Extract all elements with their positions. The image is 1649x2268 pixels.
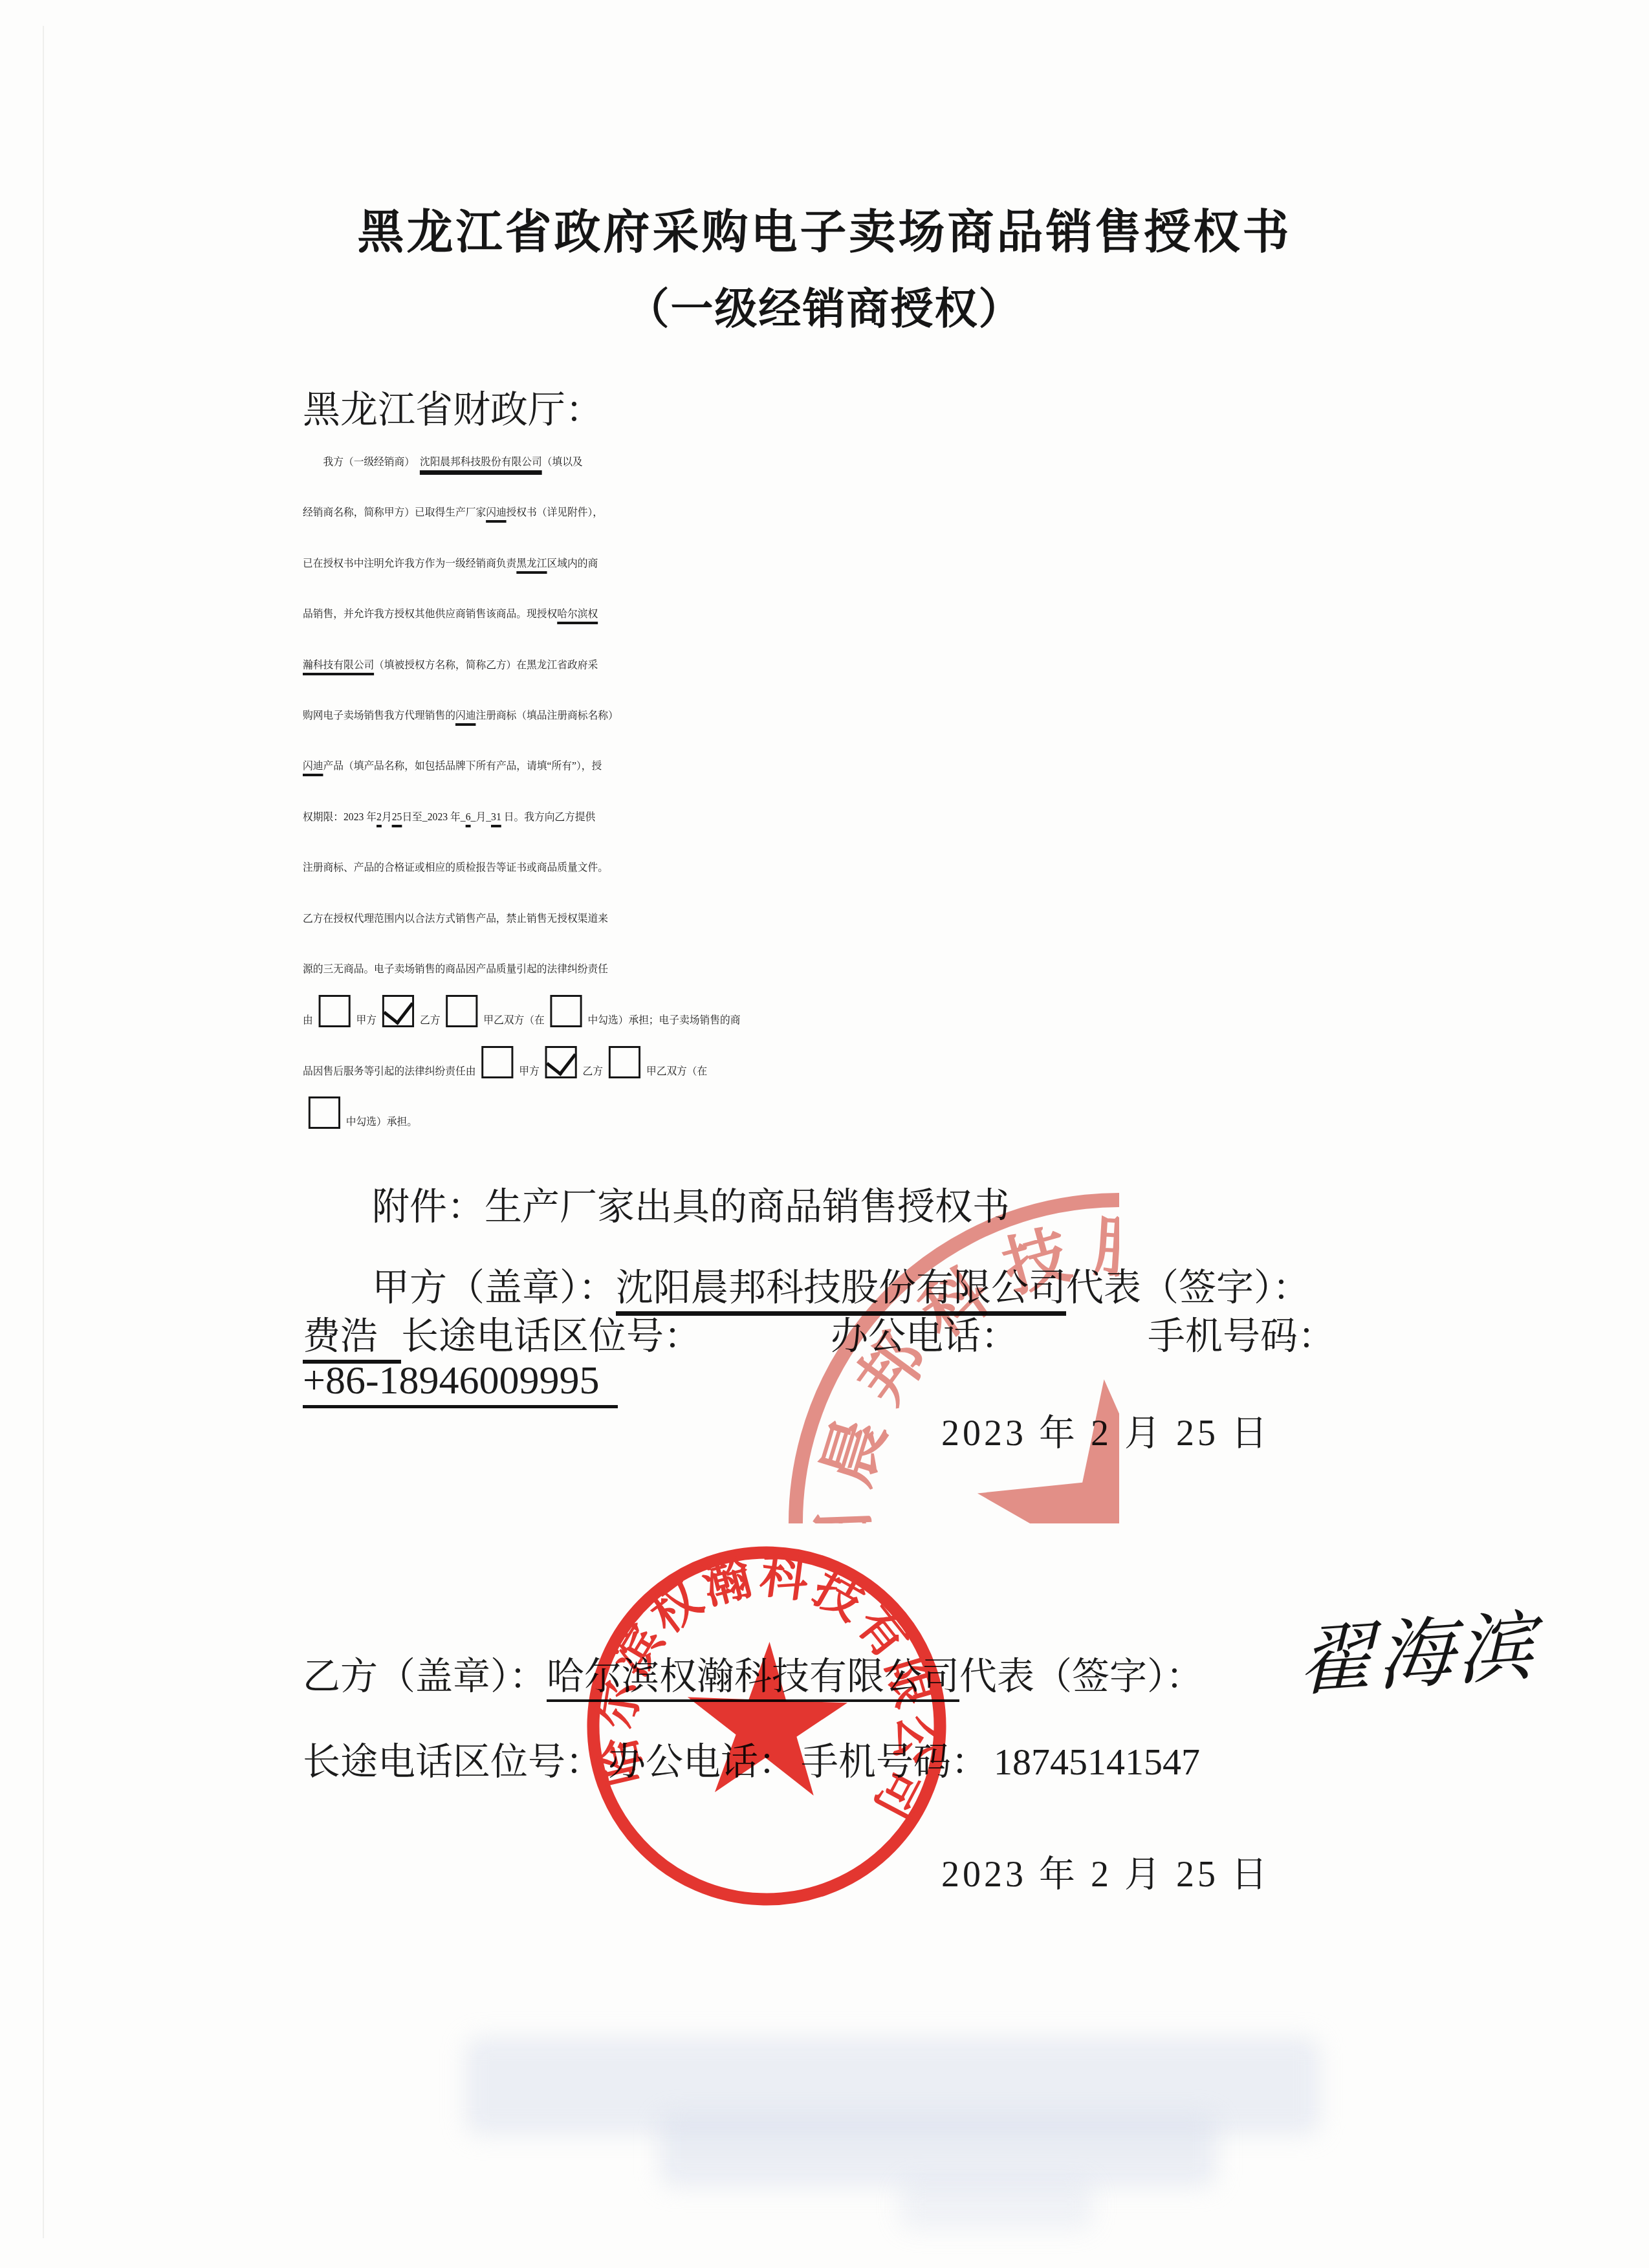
text-run: 授权书（详见附件）， <box>507 507 603 518</box>
star-icon <box>684 1639 849 1797</box>
text-run: _月_ <box>471 812 491 823</box>
text-run: 中勾选）承担；电子卖场销售的商 <box>587 1015 740 1026</box>
body-line: 品销售，并允许我方授权其他供应商销售该商品。现授权哈尔滨权 <box>303 589 1359 640</box>
body-line: 经销商名称，简称甲方）已取得生产厂家闪迪授权书（详见附件）， <box>303 488 1359 538</box>
party-b-rep-label: 代表（签字）： <box>959 1655 1203 1697</box>
body-line: 闪迪产品（填产品名称，如包括品牌下所有产品，请填“所有”），授 <box>303 741 1359 792</box>
text-run: 甲乙双方（在 <box>646 1066 707 1077</box>
seal-party-a: 沈阳晨邦科技股份有限公司 210102000021376 <box>770 1174 1119 1523</box>
party-b-stamp-label: 乙方（盖章）： <box>303 1655 547 1697</box>
checkbox-unchecked <box>309 1096 340 1129</box>
party-a-mobile-label: 手机号码： <box>1148 1315 1335 1357</box>
seal-party-b: 哈尔滨权瀚科技有限公司 <box>573 1532 961 1920</box>
page-subtitle: （一级经销商授权） <box>0 274 1649 336</box>
text-run: 产品（填产品名称，如包括品牌下所有产品，请填“所有”），授 <box>323 761 602 772</box>
body-line: 品因售后服务等引起的法律纠纷责任由甲方乙方甲乙双方（在 <box>303 1046 1359 1096</box>
seal-company-text: 沈阳晨邦科技股份有限公司 <box>776 1179 1119 1523</box>
text-run: 闪迪 <box>303 761 323 776</box>
text-run: 2 <box>377 812 382 827</box>
body-line: 中勾选）承担。 <box>303 1096 1359 1147</box>
text-run: 日至_2023 年_ <box>402 812 465 823</box>
text-run: 品因售后服务等引起的法律纠纷责任由 <box>303 1066 475 1077</box>
checkbox-unchecked <box>446 995 477 1027</box>
checkbox-unchecked <box>481 1046 513 1078</box>
text-run: 闪迪 <box>486 507 506 523</box>
party-a-mobile-number: +86-18946009995 <box>303 1357 618 1404</box>
body-line: 源的三无商品。电子卖场销售的商品因产品质量引起的法律纠纷责任 <box>303 944 1359 995</box>
scan-ghost-artifact <box>660 2115 1216 2186</box>
text-run: 区域内的商 <box>547 558 598 569</box>
text-run: 沈阳晨邦科技股份有限公司 <box>420 457 542 475</box>
body-line: 已在授权书中注明允许我方作为一级经销商负责黑龙江区域内的商 <box>303 539 1359 589</box>
text-run: 权期限：2023 年 <box>303 812 377 823</box>
body-line: 权期限：2023 年2月25日至_2023 年_6_月_31 日。我方向乙方提供 <box>303 792 1359 843</box>
body-line: 购网电子卖场销售我方代理销售的闪迪注册商标（填品注册商标名称） <box>303 691 1359 741</box>
paper-fold-line <box>43 26 44 2238</box>
page-title: 黑龙江省政府采购电子卖场商品销售授权书 <box>0 194 1649 261</box>
text-run: 6 <box>466 812 471 827</box>
text-run: 31 <box>491 812 501 827</box>
text-run: 品销售，并允许我方授权其他供应商销售该商品。现授权 <box>303 609 557 620</box>
party-b-handwritten-signature: 翟海滨 <box>1297 1584 1537 1711</box>
text-run: （填以及 <box>542 457 583 468</box>
text-run: 源的三无商品。电子卖场销售的商品因产品质量引起的法律纠纷责任 <box>303 964 608 975</box>
text-run: 哈尔滨权 <box>557 609 598 624</box>
text-run: 月 <box>382 812 392 823</box>
salutation: 黑龙江省财政厅： <box>303 387 603 433</box>
body-line: 注册商标、产品的合格证或相应的质检报告等证书或商品质量文件。 <box>303 843 1359 893</box>
text-run: 黑龙江 <box>516 558 547 574</box>
text-run: 乙方 <box>583 1066 603 1077</box>
text-run: 乙方 <box>420 1015 440 1026</box>
party-a-rep-name: 费浩 <box>303 1315 401 1364</box>
body-line: 乙方在授权代理范围内以合法方式销售产品，禁止销售无授权渠道来 <box>303 894 1359 944</box>
star-icon <box>967 1365 1119 1523</box>
text-run: 我方（一级经销商） <box>303 457 420 468</box>
scan-ghost-artifact <box>899 2179 1093 2230</box>
text-run: 注册商标（填品注册商标名称） <box>475 710 618 721</box>
body-line: 瀚科技有限公司（填被授权方名称，简称乙方）在黑龙江省政府采 <box>303 640 1359 691</box>
text-run: 甲方 <box>519 1066 539 1077</box>
text-run: 瀚科技有限公司 <box>303 660 374 675</box>
text-run: 已在授权书中注明允许我方作为一级经销商负责 <box>303 558 516 569</box>
text-run: 注册商标、产品的合格证或相应的质检报告等证书或商品质量文件。 <box>303 862 608 873</box>
party-a-area-code-label: 长途电话区位号： <box>401 1315 701 1357</box>
checkbox-unchecked <box>319 995 351 1027</box>
text-run: 闪迪 <box>455 710 475 726</box>
text-run: 日。我方向乙方提供 <box>501 812 596 823</box>
text-run: （填被授权方名称，简称乙方）在黑龙江省政府采 <box>374 660 598 671</box>
svg-text:沈阳晨邦科技股份有限公司: 沈阳晨邦科技股份有限公司 <box>776 1179 1119 1523</box>
text-run: 甲乙双方（在 <box>483 1015 544 1026</box>
document-page: 黑龙江省政府采购电子卖场商品销售授权书 （一级经销商授权） 黑龙江省财政厅： 我… <box>0 0 1649 2268</box>
party-b-mobile-number: 18745141547 <box>994 1741 1200 1783</box>
checkbox-unchecked <box>609 1046 640 1078</box>
body-line: 由甲方乙方甲乙双方（在中勾选）承担；电子卖场销售的商 <box>303 995 1359 1045</box>
checkbox-unchecked <box>550 995 582 1027</box>
body-paragraph: 我方（一级经销商） 沈阳晨邦科技股份有限公司（填以及经销商名称，简称甲方）已取得… <box>303 437 1377 1147</box>
text-run: 由 <box>303 1015 313 1026</box>
checkbox-checked <box>545 1046 577 1078</box>
text-run: 购网电子卖场销售我方代理销售的 <box>303 710 455 721</box>
text-run: 中勾选）承担。 <box>346 1117 417 1128</box>
party-b-area-code-label: 长途电话区位号： <box>303 1741 603 1783</box>
body-line: 我方（一级经销商） 沈阳晨邦科技股份有限公司（填以及 <box>303 437 1359 488</box>
party-b-date: 2023 年 2 月 25 日 <box>941 1851 1271 1898</box>
party-a-stamp-label: 甲方（盖章）： <box>372 1267 616 1309</box>
text-run: 甲方 <box>356 1015 377 1026</box>
checkbox-checked <box>382 995 414 1027</box>
text-run: 乙方在授权代理范围内以合法方式销售产品，禁止销售无授权渠道来 <box>303 913 608 924</box>
text-run: 经销商名称，简称甲方）已取得生产厂家 <box>303 507 486 518</box>
text-run: 25 <box>392 812 402 827</box>
